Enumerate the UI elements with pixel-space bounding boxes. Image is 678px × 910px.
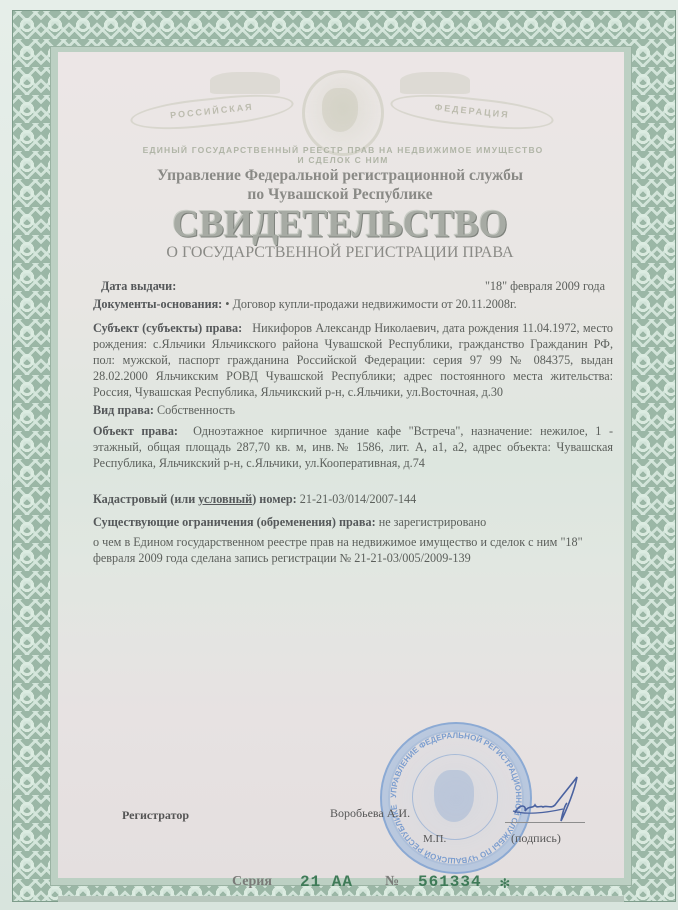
seal-place-label: М.П. — [423, 833, 446, 845]
registrar-name: Воробьева А.И. — [330, 806, 410, 821]
subject-row: Субъект (субъекты) права: Никифоров Алек… — [93, 320, 613, 400]
series-value: 21 АА — [300, 873, 353, 891]
issue-date-row: Дата выдачи: "18" февраля 2009 года — [93, 278, 621, 294]
number-sign: № — [385, 873, 399, 890]
encumbrances-label: Существующие ограничения (обременения) п… — [93, 515, 376, 529]
signature-label: (подпись) — [511, 831, 561, 846]
serial-number: 561334 — [418, 873, 482, 891]
encumbrances-value: не зарегистрировано — [379, 515, 487, 529]
document-subtitle: О ГОСУДАРСТВЕННОЙ РЕГИСТРАЦИИ ПРАВА — [100, 244, 580, 262]
subject-label: Субъект (субъекты) права: — [93, 321, 242, 335]
object-row: Объект права: Одноэтажное кирпичное здан… — [93, 423, 613, 471]
issue-date-label: Дата выдачи: — [101, 279, 176, 293]
svg-text:УПРАВЛЕНИЕ ФЕДЕРАЛЬНОЙ РЕГИСТР: УПРАВЛЕНИЕ ФЕДЕРАЛЬНОЙ РЕГИСТРАЦИОННОЙ С… — [389, 731, 523, 865]
cadastral-row: Кадастровый (или условный) номер: 21-21-… — [93, 491, 613, 507]
handwritten-signature — [505, 775, 585, 825]
basis-documents-value: • Договор купли-продажи недвижимости от … — [225, 297, 516, 311]
encumbrances-row: Существующие ограничения (обременения) п… — [93, 514, 613, 530]
watermark-ribbon-right: ФЕДЕРАЦИЯ — [389, 90, 555, 135]
cadastral-label-part1: Кадастровый (или — [93, 492, 198, 506]
cadastral-label-part2: ) номер: — [252, 492, 297, 506]
document-title: СВИДЕТЕЛЬСТВО — [100, 202, 580, 247]
right-type-value: Собственность — [157, 403, 235, 417]
star-icon: ✻ — [500, 873, 511, 893]
agency-line-1: Управление Федеральной регистрационной с… — [100, 166, 580, 185]
certificate-sheet: РОССИЙСКАЯ ФЕДЕРАЦИЯ ЕДИНЫЙ ГОСУДАРСТВЕН… — [0, 0, 678, 910]
series-label: Серия — [232, 873, 272, 890]
double-headed-eagle-icon — [322, 88, 358, 132]
crown-ornament-left — [210, 72, 280, 94]
crown-ornament-right — [400, 72, 470, 94]
right-type-row: Вид права: Собственность — [93, 402, 613, 418]
registry-record: о чем в Едином государственном реестре п… — [93, 534, 605, 566]
object-label: Объект права: — [93, 424, 178, 438]
watermark-ribbon-left: РОССИЙСКАЯ — [129, 90, 295, 135]
basis-documents-row: Документы-основания: • Договор купли-про… — [93, 296, 613, 312]
watermark-scroll-text: ЕДИНЫЙ ГОСУДАРСТВЕННЫЙ РЕЕСТР ПРАВ НА НЕ… — [138, 145, 548, 165]
bottom-band — [58, 896, 624, 902]
registrar-label: Регистратор — [122, 808, 189, 823]
cadastral-value: 21-21-03/014/2007-144 — [300, 492, 416, 506]
cadastral-label-underlined: условный — [198, 492, 252, 506]
basis-documents-label: Документы-основания: — [93, 297, 222, 311]
issuing-agency: Управление Федеральной регистрационной с… — [100, 166, 580, 204]
right-type-label: Вид права: — [93, 403, 154, 417]
issue-date-value: "18" февраля 2009 года — [485, 278, 605, 294]
